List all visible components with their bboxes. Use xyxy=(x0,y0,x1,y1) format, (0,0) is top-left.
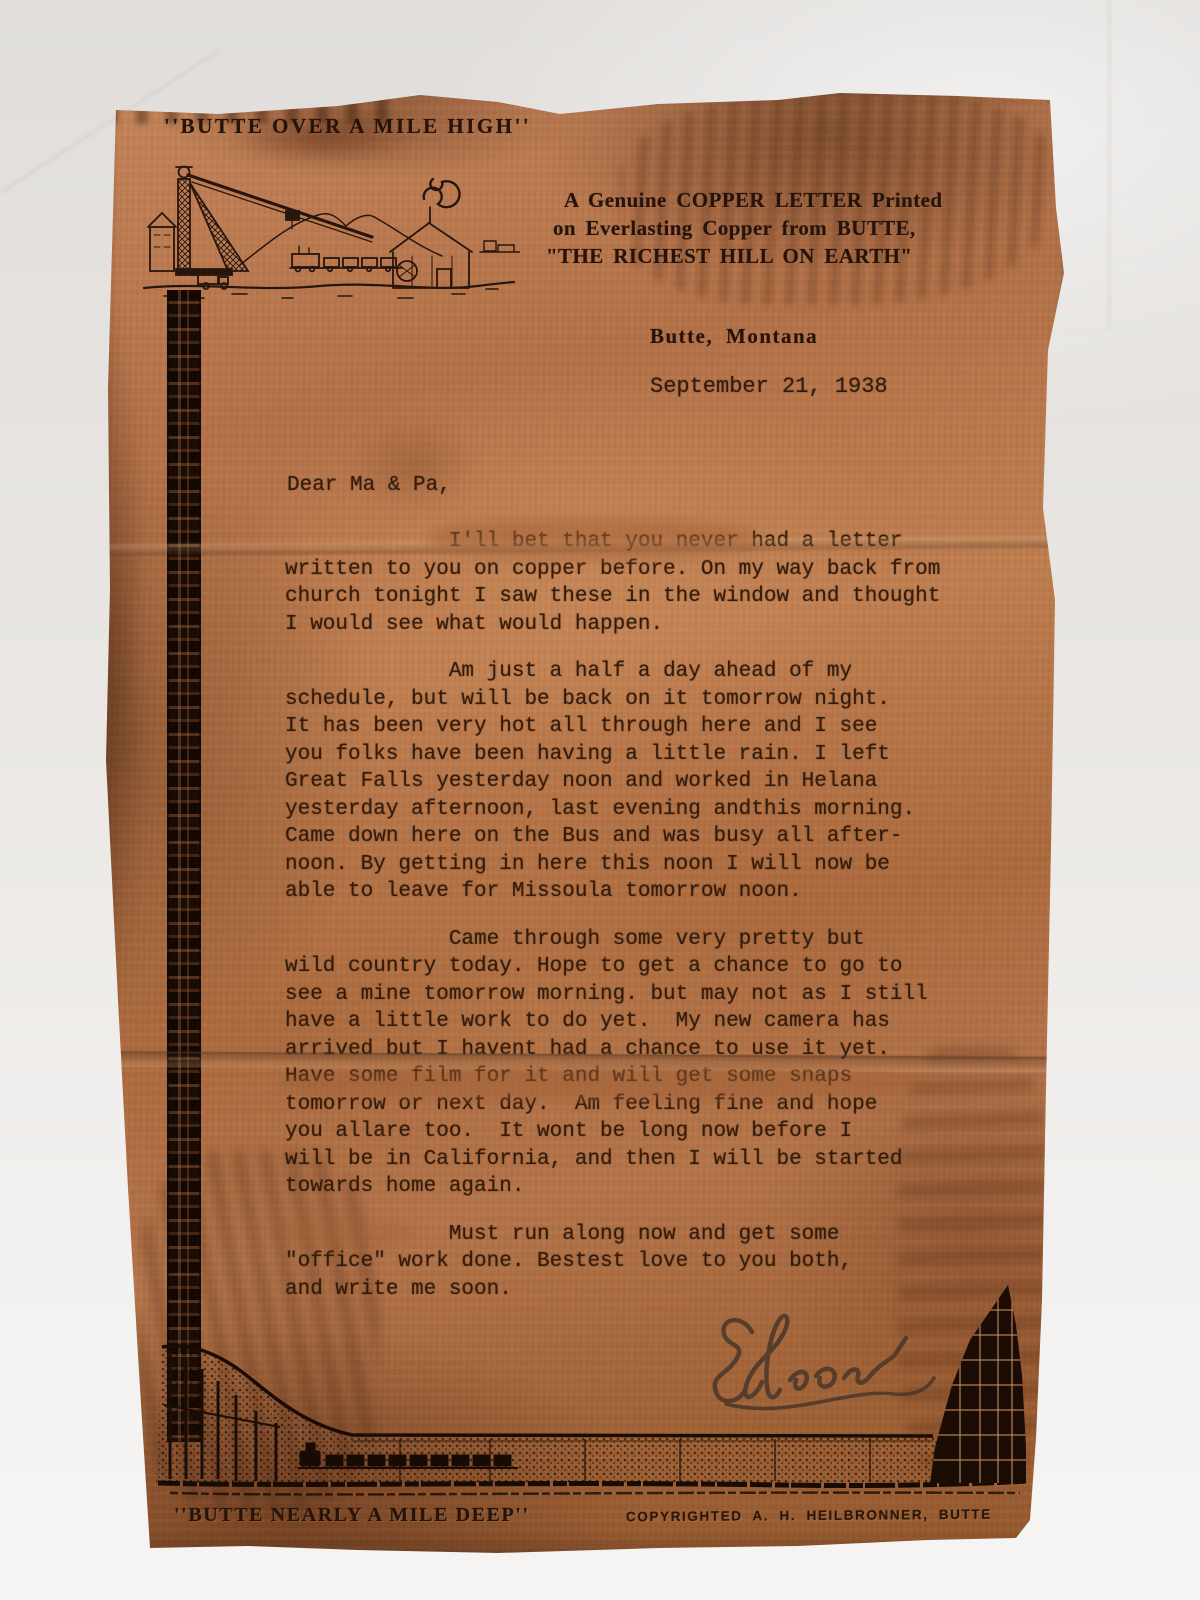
tagline-line-3: "THE RICHEST HILL ON EARTH" xyxy=(546,242,942,270)
signature-edson: Edson xyxy=(698,1296,938,1421)
mine-headframe-icon xyxy=(930,1285,1030,1483)
tagline-line-1: A Genuine COPPER LETTER Printed xyxy=(546,186,942,214)
backdrop-crease xyxy=(1108,0,1111,330)
tagline-line-2: on Everlasting Copper from BUTTE, xyxy=(546,214,942,242)
letter-paragraph: Came through some very pretty but wild c… xyxy=(285,926,985,1201)
letter-date: September 21, 1938 xyxy=(650,374,888,399)
letter-body: I'll bet that you never had a letter wri… xyxy=(285,528,985,1323)
letter-salutation: Dear Ma & Pa, xyxy=(287,474,451,497)
signature-stroke-icon xyxy=(698,1296,938,1416)
letterhead-location: Butte, Montana xyxy=(650,324,818,349)
copper-letter-sheet: ''BUTTE OVER A MILE HIGH'' A Genuine COP… xyxy=(98,88,1068,1553)
photo-backdrop: ''BUTTE OVER A MILE HIGH'' A Genuine COP… xyxy=(0,0,1200,1600)
copyright-notice: COPYRIGHTED A. H. HEILBRONNER, BUTTE xyxy=(626,1507,992,1525)
top-slogan: ''BUTTE OVER A MILE HIGH'' xyxy=(164,114,531,139)
copper-letter-tagline: A Genuine COPPER LETTER Printed on Everl… xyxy=(546,186,942,270)
bottom-slogan: ''BUTTE NEARLY A MILE DEEP'' xyxy=(174,1504,530,1527)
letter-paragraph: I'll bet that you never had a letter wri… xyxy=(285,528,985,638)
letter-paragraph: Am just a half a day ahead of my schedul… xyxy=(285,658,985,906)
